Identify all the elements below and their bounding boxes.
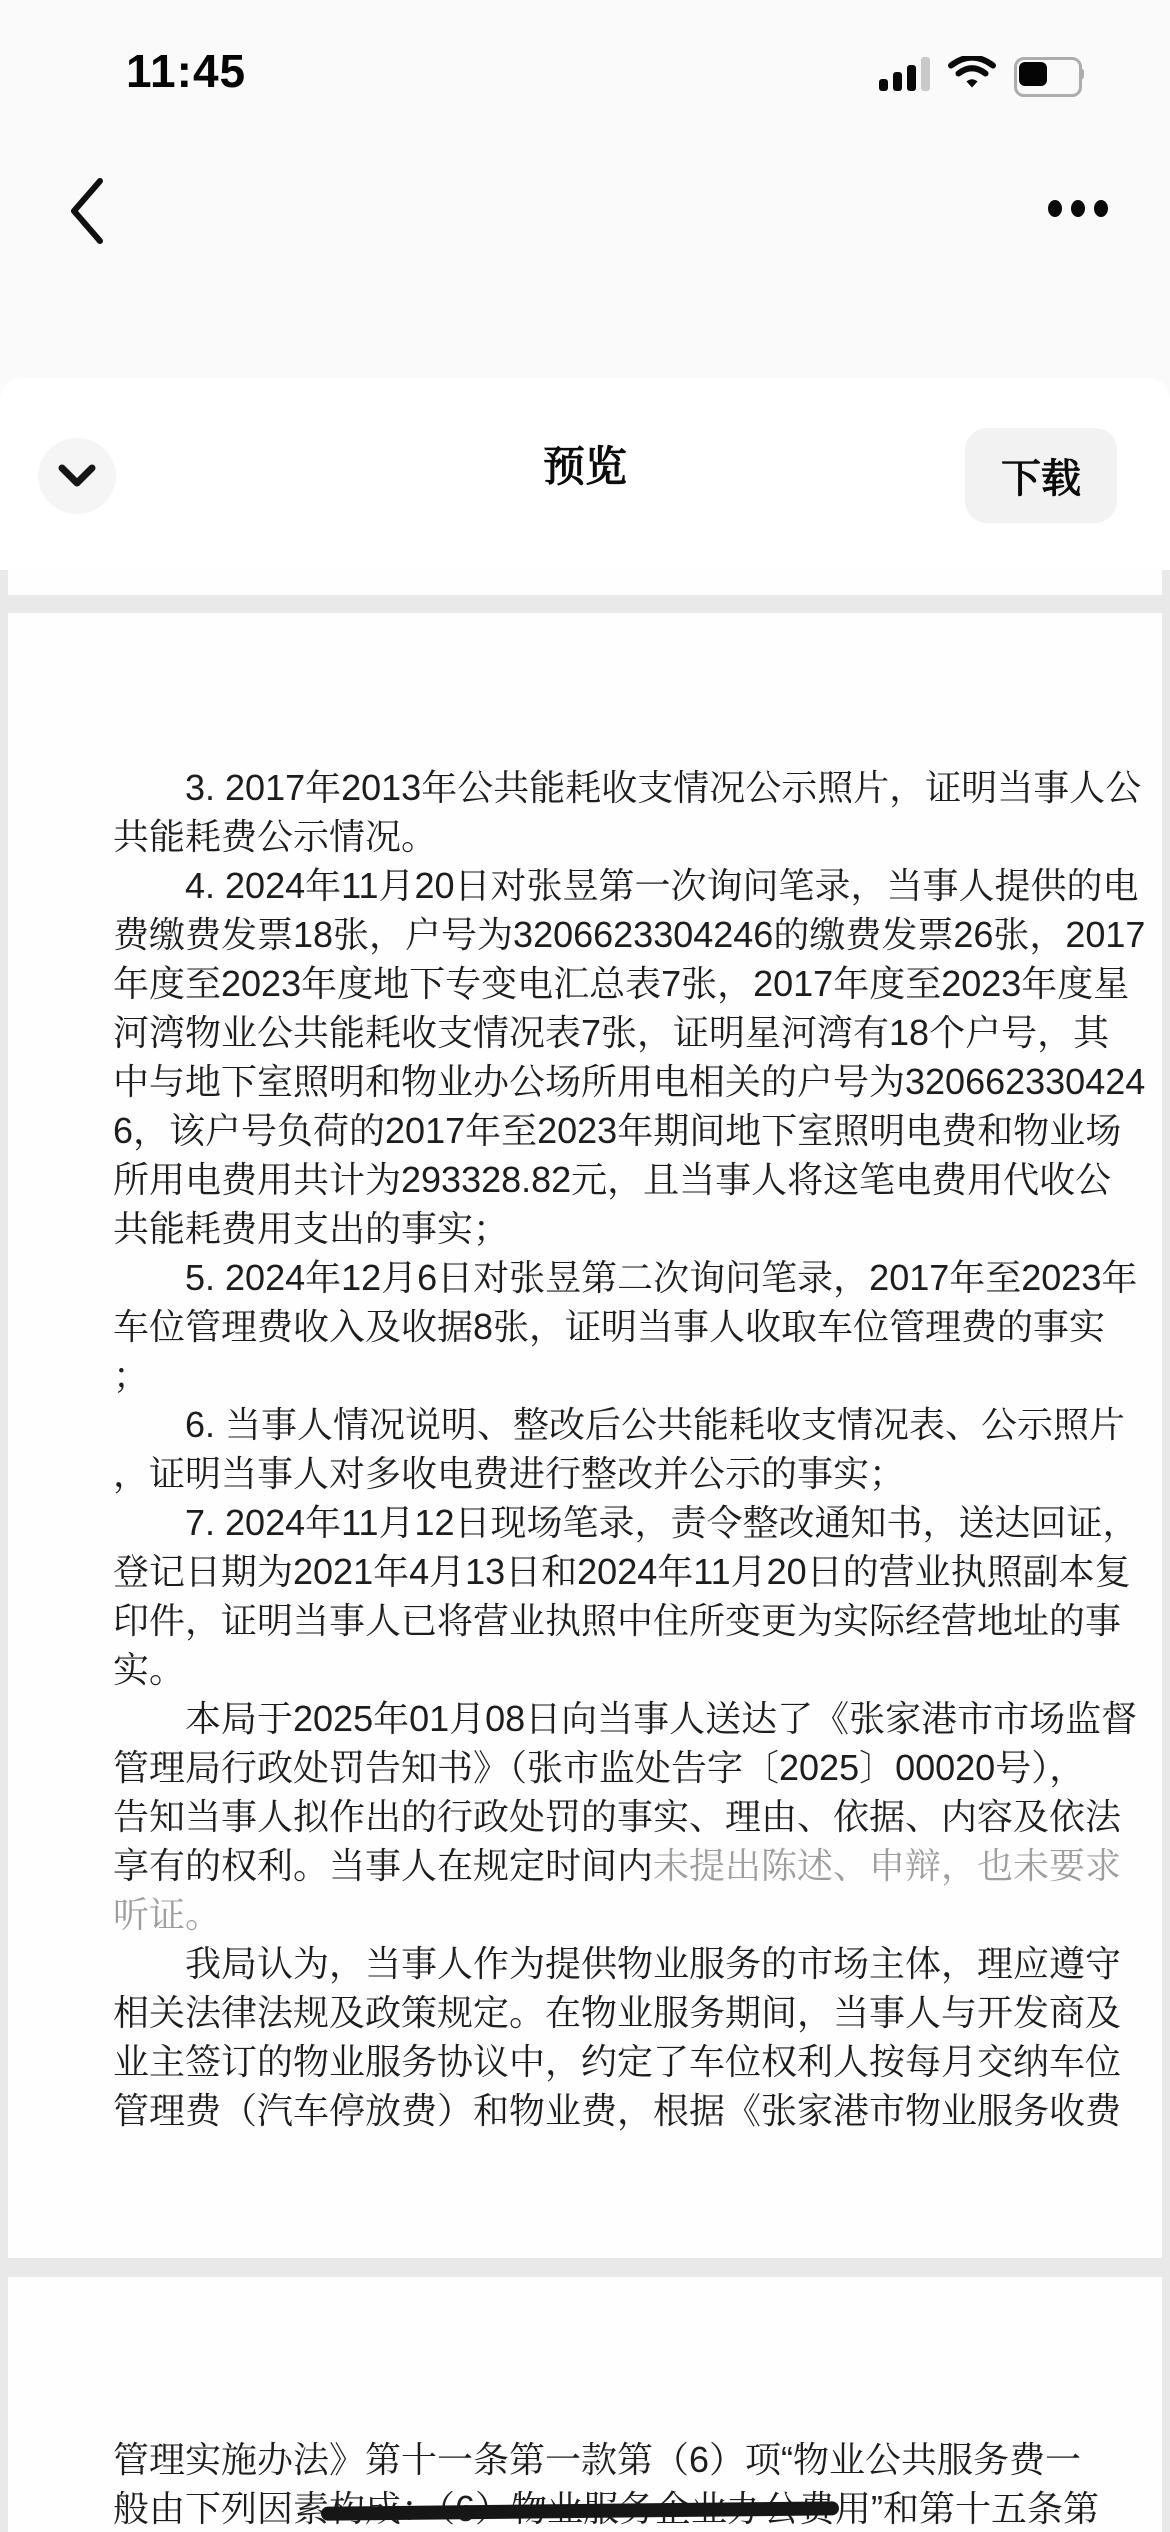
doc-text: 用”和第十五条第	[835, 2488, 1099, 2529]
doc-line: ，证明当事人对多收电费进行整改并公示的事实；	[113, 1449, 1057, 1498]
doc-line: 业主签订的物业服务协议中，约定了车位权利人按每月交纳车位	[113, 2037, 1057, 2086]
doc-text: 享有的权利。当事人在规定时间内	[113, 1845, 653, 1886]
doc-line: 享有的权利。当事人在规定时间内未提出陈述、申辩，也未要求	[113, 1841, 1057, 1890]
ellipsis-icon	[1048, 200, 1062, 217]
doc-line: 所用电费用共计为293328.82元，且当事人将这笔电费用代收公	[113, 1155, 1057, 1204]
more-button[interactable]	[1038, 186, 1118, 230]
document-page-next: 管理实施办法》第十一条第一款第（6）项“物业公共服务费一般由下列因素构成：（6）…	[8, 2277, 1162, 2532]
doc-line: 共能耗费用支出的事实；	[113, 1204, 1057, 1253]
chevron-left-icon	[62, 175, 112, 247]
doc-line: 相关法律法规及政策规定。在物业服务期间，当事人与开发商及	[113, 1988, 1057, 2037]
wifi-icon	[948, 56, 996, 92]
doc-line: 管理费（汽车停放费）和物业费，根据《张家港市物业服务收费	[113, 2086, 1057, 2135]
doc-line: 中与地下室照明和物业办公场所用电相关的户号为320662330424	[113, 1057, 1057, 1106]
doc-line: 车位管理费收入及收据8张，证明当事人收取车位管理费的事实	[113, 1302, 1057, 1351]
document-page-sliver	[8, 570, 1162, 595]
status-icons	[879, 56, 1084, 92]
cellular-signal-icon	[879, 57, 930, 91]
doc-line: 管理局行政处罚告知书》（张市监处告字〔2025〕00020号），	[113, 1743, 1057, 1792]
doc-line: 6，该户号负荷的2017年至2023年期间地下室照明电费和物业场	[113, 1106, 1057, 1155]
doc-line: 7. 2024年11月12日现场笔录，责令整改通知书，送达回证，	[113, 1498, 1057, 1547]
navigation-bar	[0, 150, 1170, 270]
redacted-text: 构成：（6）物业服务企业办公费	[329, 2488, 835, 2529]
doc-line: 听证。	[113, 1890, 1057, 1939]
doc-line: 般由下列因素构成：（6）物业服务企业办公费用”和第十五条第	[113, 2484, 1057, 2532]
status-bar: 11:45	[0, 0, 1170, 130]
doc-line: 3. 2017年2013年公共能耗收支情况公示照片，证明当事人公	[113, 763, 1057, 812]
doc-line: ；	[113, 1351, 1057, 1400]
clock: 11:45	[126, 44, 246, 98]
doc-line: 5. 2024年12月6日对张昱第二次询问笔录，2017年至2023年	[113, 1253, 1057, 1302]
doc-line: 河湾物业公共能耗收支情况表7张，证明星河湾有18个户号，其	[113, 1008, 1057, 1057]
doc-text: 般由下列因素	[113, 2488, 329, 2529]
doc-line: 印件，证明当事人已将营业执照中住所变更为实际经营地址的事	[113, 1596, 1057, 1645]
doc-line: 登记日期为2021年4月13日和2024年11月20日的营业执照副本复	[113, 1547, 1057, 1596]
document-scroll[interactable]: 3. 2017年2013年公共能耗收支情况公示照片，证明当事人公共能耗费公示情况…	[0, 570, 1170, 2532]
doc-line: 管理实施办法》第十一条第一款第（6）项“物业公共服务费一	[113, 2435, 1057, 2484]
preview-header: 预览 下载	[0, 378, 1170, 571]
doc-line: 我局认为，当事人作为提供物业服务的市场主体，理应遵守	[113, 1939, 1057, 1988]
doc-line: 年度至2023年度地下专变电汇总表7张，2017年度至2023年度星	[113, 959, 1057, 1008]
back-button[interactable]	[52, 172, 122, 252]
doc-line: 实。	[113, 1645, 1057, 1694]
preview-sheet: 预览 下载 3. 2017年2013年公共能耗收支情况公示照片，证明当事人公共能…	[0, 378, 1170, 2532]
doc-line: 共能耗费公示情况。	[113, 812, 1057, 861]
faded-text: 未提出陈述、申辩，也未要求	[653, 1845, 1121, 1886]
faded-text: 听证。	[113, 1894, 221, 1935]
doc-line: 6. 当事人情况说明、整改后公共能耗收支情况表、公示照片	[113, 1400, 1057, 1449]
doc-line: 4. 2024年11月20日对张昱第一次询问笔录，当事人提供的电	[113, 861, 1057, 910]
doc-line: 本局于2025年01月08日向当事人送达了《张家港市市场监督	[113, 1694, 1057, 1743]
doc-line: 告知当事人拟作出的行政处罚的事实、理由、依据、内容及依法	[113, 1792, 1057, 1841]
document-page-main: 3. 2017年2013年公共能耗收支情况公示照片，证明当事人公共能耗费公示情况…	[8, 613, 1162, 2258]
download-button[interactable]: 下载	[965, 428, 1117, 523]
doc-line: 费缴费发票18张，户号为3206623304246的缴费发票26张，2017	[113, 910, 1057, 959]
battery-icon	[1014, 57, 1084, 91]
